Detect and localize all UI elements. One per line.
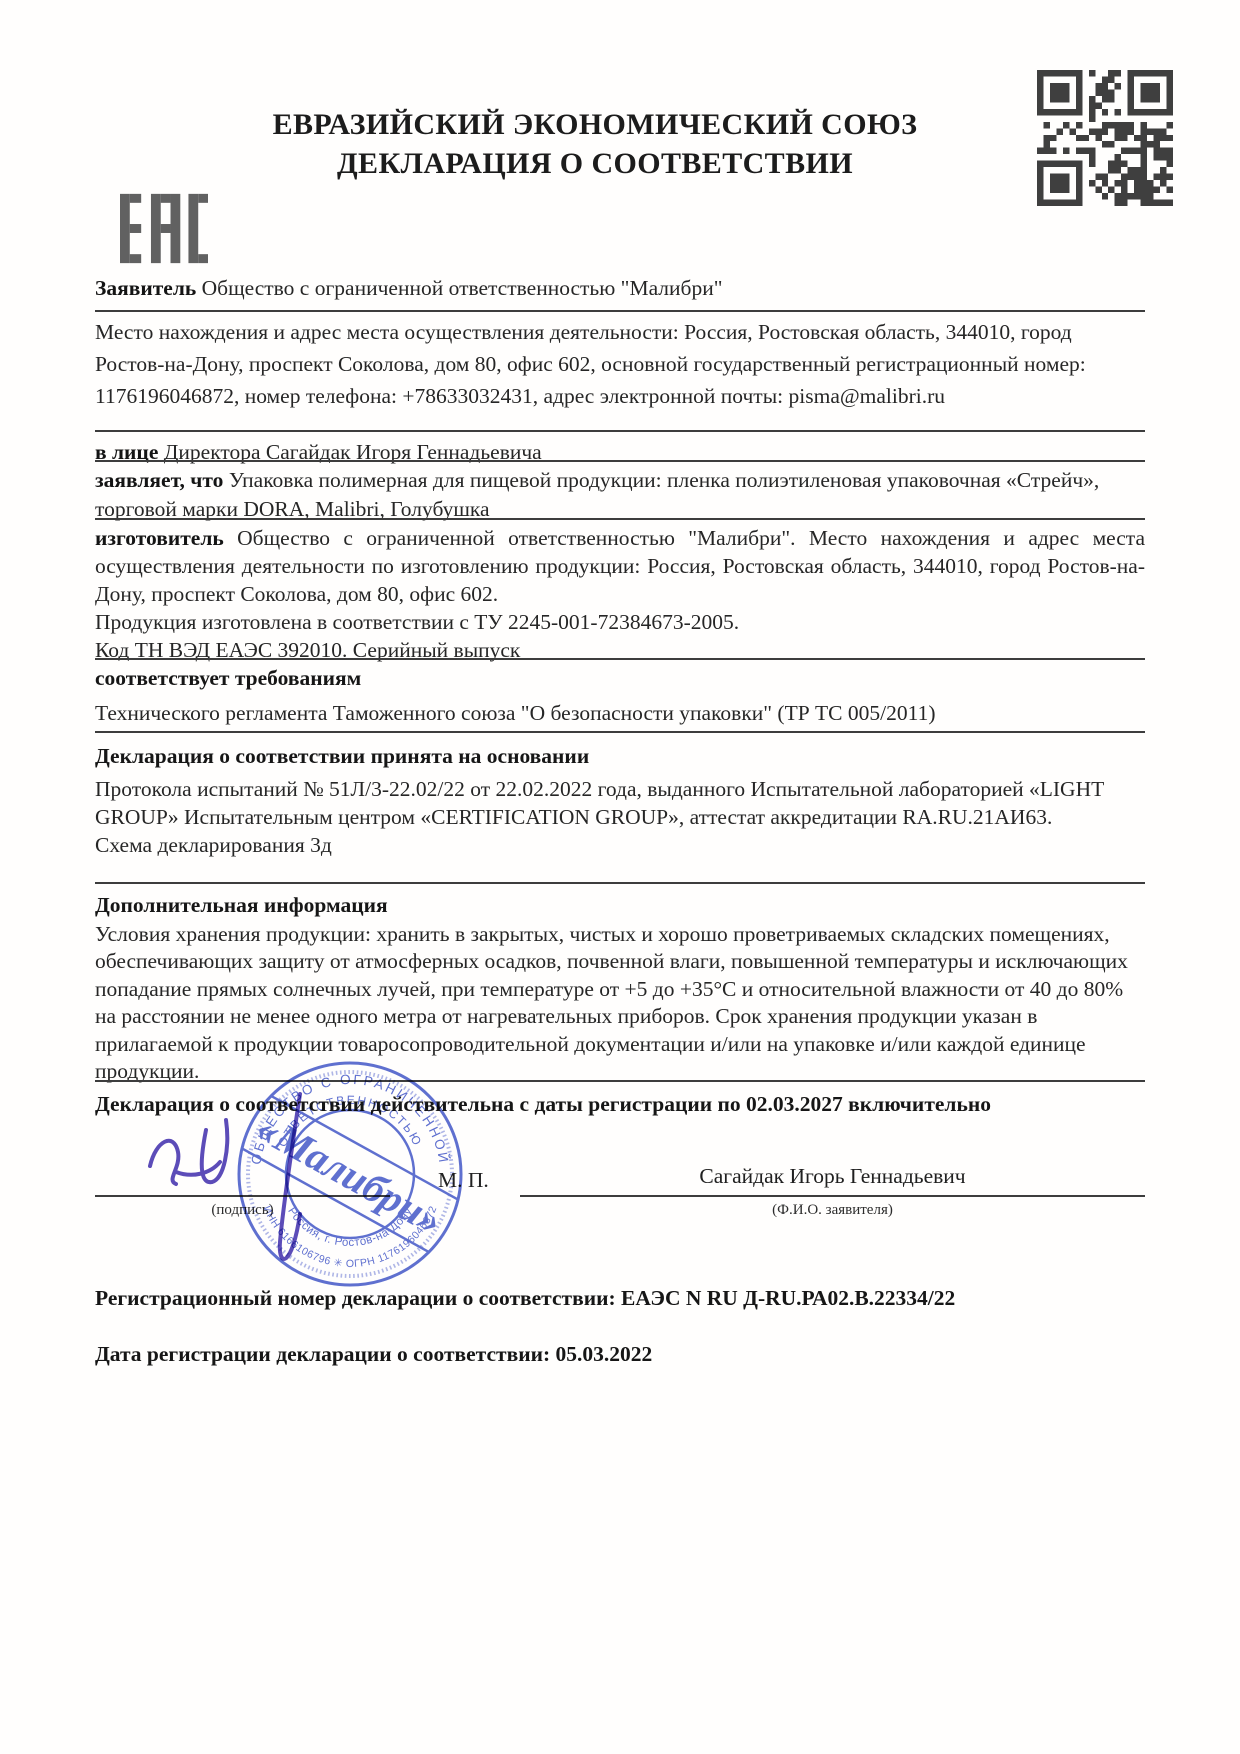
divider bbox=[95, 310, 1145, 312]
divider bbox=[95, 731, 1145, 733]
applicant-value: Общество с ограниченной ответственностью… bbox=[202, 276, 723, 300]
manufacturer-value: Общество с ограниченной ответственностью… bbox=[95, 526, 1145, 606]
declares-label: заявляет, что bbox=[95, 468, 223, 492]
signatory-name: Сагайдак Игорь Геннадьевич bbox=[520, 1164, 1145, 1189]
applicant-row: Заявитель Общество с ограниченной ответс… bbox=[95, 272, 1145, 304]
divider bbox=[95, 430, 1145, 432]
declares-row: заявляет, что Упаковка полимерная для пи… bbox=[95, 466, 1145, 524]
document-title-line1: ЕВРАЗИЙСКИЙ ЭКОНОМИЧЕСКИЙ СОЮЗ bbox=[30, 108, 1160, 142]
basis-section: Протокола испытаний № 51Л/3-22.02/22 от … bbox=[95, 775, 1145, 859]
declares-value: Упаковка полимерная для пищевой продукци… bbox=[95, 468, 1099, 521]
divider bbox=[95, 518, 1145, 520]
complies-value: Технического регламента Таможенного союз… bbox=[95, 697, 1145, 729]
basis-label: Декларация о соответствии принята на осн… bbox=[95, 740, 1145, 772]
divider bbox=[95, 882, 1145, 884]
declaration-document: ЕВРАЗИЙСКИЙ ЭКОНОМИЧЕСКИЙ СОЮЗ ДЕКЛАРАЦИ… bbox=[0, 0, 1240, 1754]
complies-label: соответствует требованиям bbox=[95, 662, 1145, 694]
manufacturer-section: изготовитель Общество с ограниченной отв… bbox=[95, 524, 1145, 664]
declaration-scheme: Схема декларирования 3д bbox=[95, 831, 1145, 859]
manufactured-to-spec: Продукция изготовлена в соответствии с Т… bbox=[95, 608, 1145, 636]
registration-number-value: ЕАЭС N RU Д-RU.РА02.В.22334/22 bbox=[621, 1286, 955, 1310]
applicant-address: Место нахождения и адрес места осуществл… bbox=[95, 316, 1145, 412]
registration-number-row: Регистрационный номер декларации о соотв… bbox=[95, 1282, 1145, 1314]
divider bbox=[95, 658, 1145, 660]
name-caption: (Ф.И.О. заявителя) bbox=[520, 1202, 1145, 1219]
eac-mark-icon bbox=[120, 186, 208, 276]
handwritten-signature bbox=[128, 1088, 368, 1293]
registration-date-row: Дата регистрации декларации о соответств… bbox=[95, 1338, 1145, 1370]
registration-date-label: Дата регистрации декларации о соответств… bbox=[95, 1342, 550, 1366]
document-title-line2: ДЕКЛАРАЦИЯ О СООТВЕТСТВИИ bbox=[30, 147, 1160, 181]
applicant-label: Заявитель bbox=[95, 276, 196, 300]
name-line bbox=[520, 1195, 1145, 1197]
qr-code-icon bbox=[1037, 70, 1173, 211]
additional-info-label: Дополнительная информация bbox=[95, 889, 1145, 921]
manufacturer-label: изготовитель bbox=[95, 526, 224, 550]
basis-value: Протокола испытаний № 51Л/3-22.02/22 от … bbox=[95, 775, 1145, 831]
divider bbox=[95, 460, 1145, 462]
registration-number-label: Регистрационный номер декларации о соотв… bbox=[95, 1286, 616, 1310]
manufacturer-row: изготовитель Общество с ограниченной отв… bbox=[95, 524, 1145, 608]
represented-by-row: в лице Директора Сагайдак Игоря Геннадье… bbox=[95, 436, 1145, 468]
registration-date-value: 05.03.2022 bbox=[556, 1342, 653, 1366]
